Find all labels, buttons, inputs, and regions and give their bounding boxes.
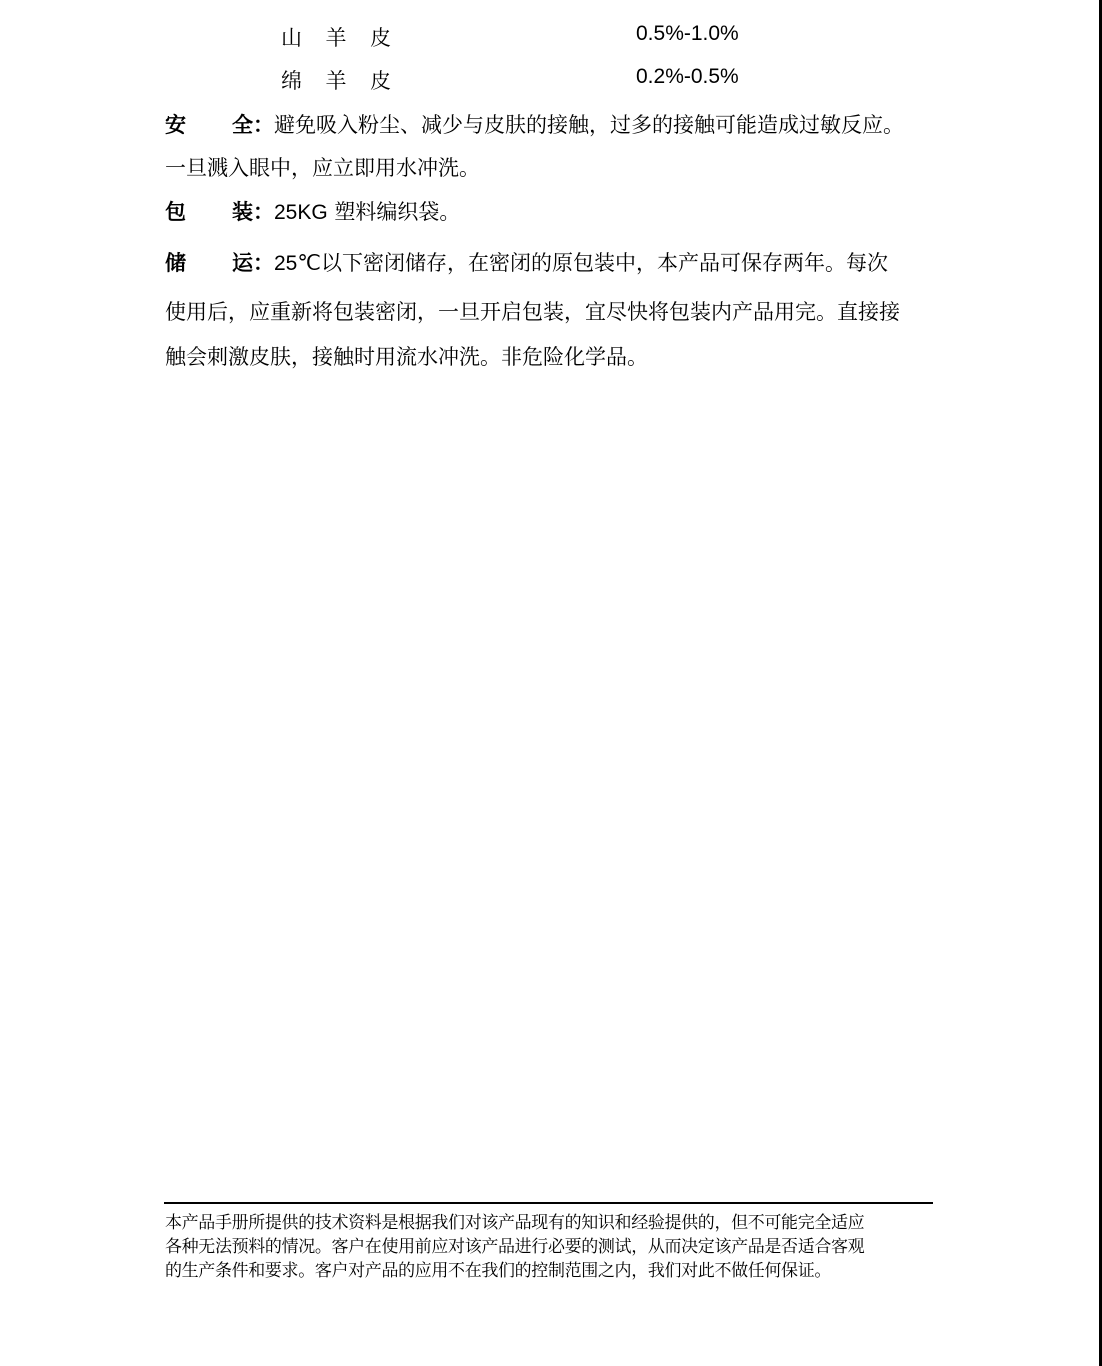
storage-paragraph-line2: 使用后，应重新将包装密闭，一旦开启包装，宜尽快将包装内产品用完。直接接 [165,296,900,326]
dosage-row-sheepskin: 绵羊皮 0.2%-0.5% [0,65,1000,95]
footer-disclaimer-line1: 本产品手册所提供的技术资料是根据我们对该产品现有的知识和经验提供的，但不可能完全… [165,1208,864,1233]
safety-paragraph-line2: 一旦溅入眼中，应立即用水冲洗。 [165,152,480,182]
storage-text: 以下密闭储存，在密闭的原包装中，本产品可保存两年。每次 [321,251,888,275]
safety-text: 避免吸入粉尘、减少与皮肤的接触，过多的接触可能造成过敏反应。 [274,113,904,137]
footer-disclaimer-line3: 的生产条件和要求。客户对产品的应用不在我们的控制范围之内，我们对此不做任何保证。 [165,1256,831,1281]
dosage-leather-type: 绵羊皮 [281,65,415,95]
packaging-weight: 25KG [274,201,328,224]
packaging-text: 塑料编织袋。 [328,200,461,224]
safety-paragraph-line1: 安全：避免吸入粉尘、减少与皮肤的接触，过多的接触可能造成过敏反应。 [165,109,940,139]
dosage-value: 0.5%-1.0% [636,22,739,46]
storage-label: 储运： [165,247,274,277]
storage-paragraph-line1: 储运：25℃以下密闭储存，在密闭的原包装中，本产品可保存两年。每次 [165,247,940,277]
packaging-label: 包装： [165,196,274,226]
dosage-row-goatskin: 山羊皮 0.5%-1.0% [0,22,1000,52]
footer-disclaimer-line2: 各种无法预料的情况。客户在使用前应对该产品进行必要的测试，从而决定该产品是否适合… [165,1232,864,1257]
dosage-leather-type: 山羊皮 [281,22,415,52]
storage-paragraph-line3: 触会刺激皮肤，接触时用流水冲洗。非危险化学品。 [165,341,648,371]
dosage-value: 0.2%-0.5% [636,65,739,89]
packaging-paragraph: 包装：25KG 塑料编织袋。 [165,196,940,226]
storage-temperature: 25℃ [274,252,321,275]
safety-label: 安全： [165,109,274,139]
footer-divider [164,1202,933,1204]
